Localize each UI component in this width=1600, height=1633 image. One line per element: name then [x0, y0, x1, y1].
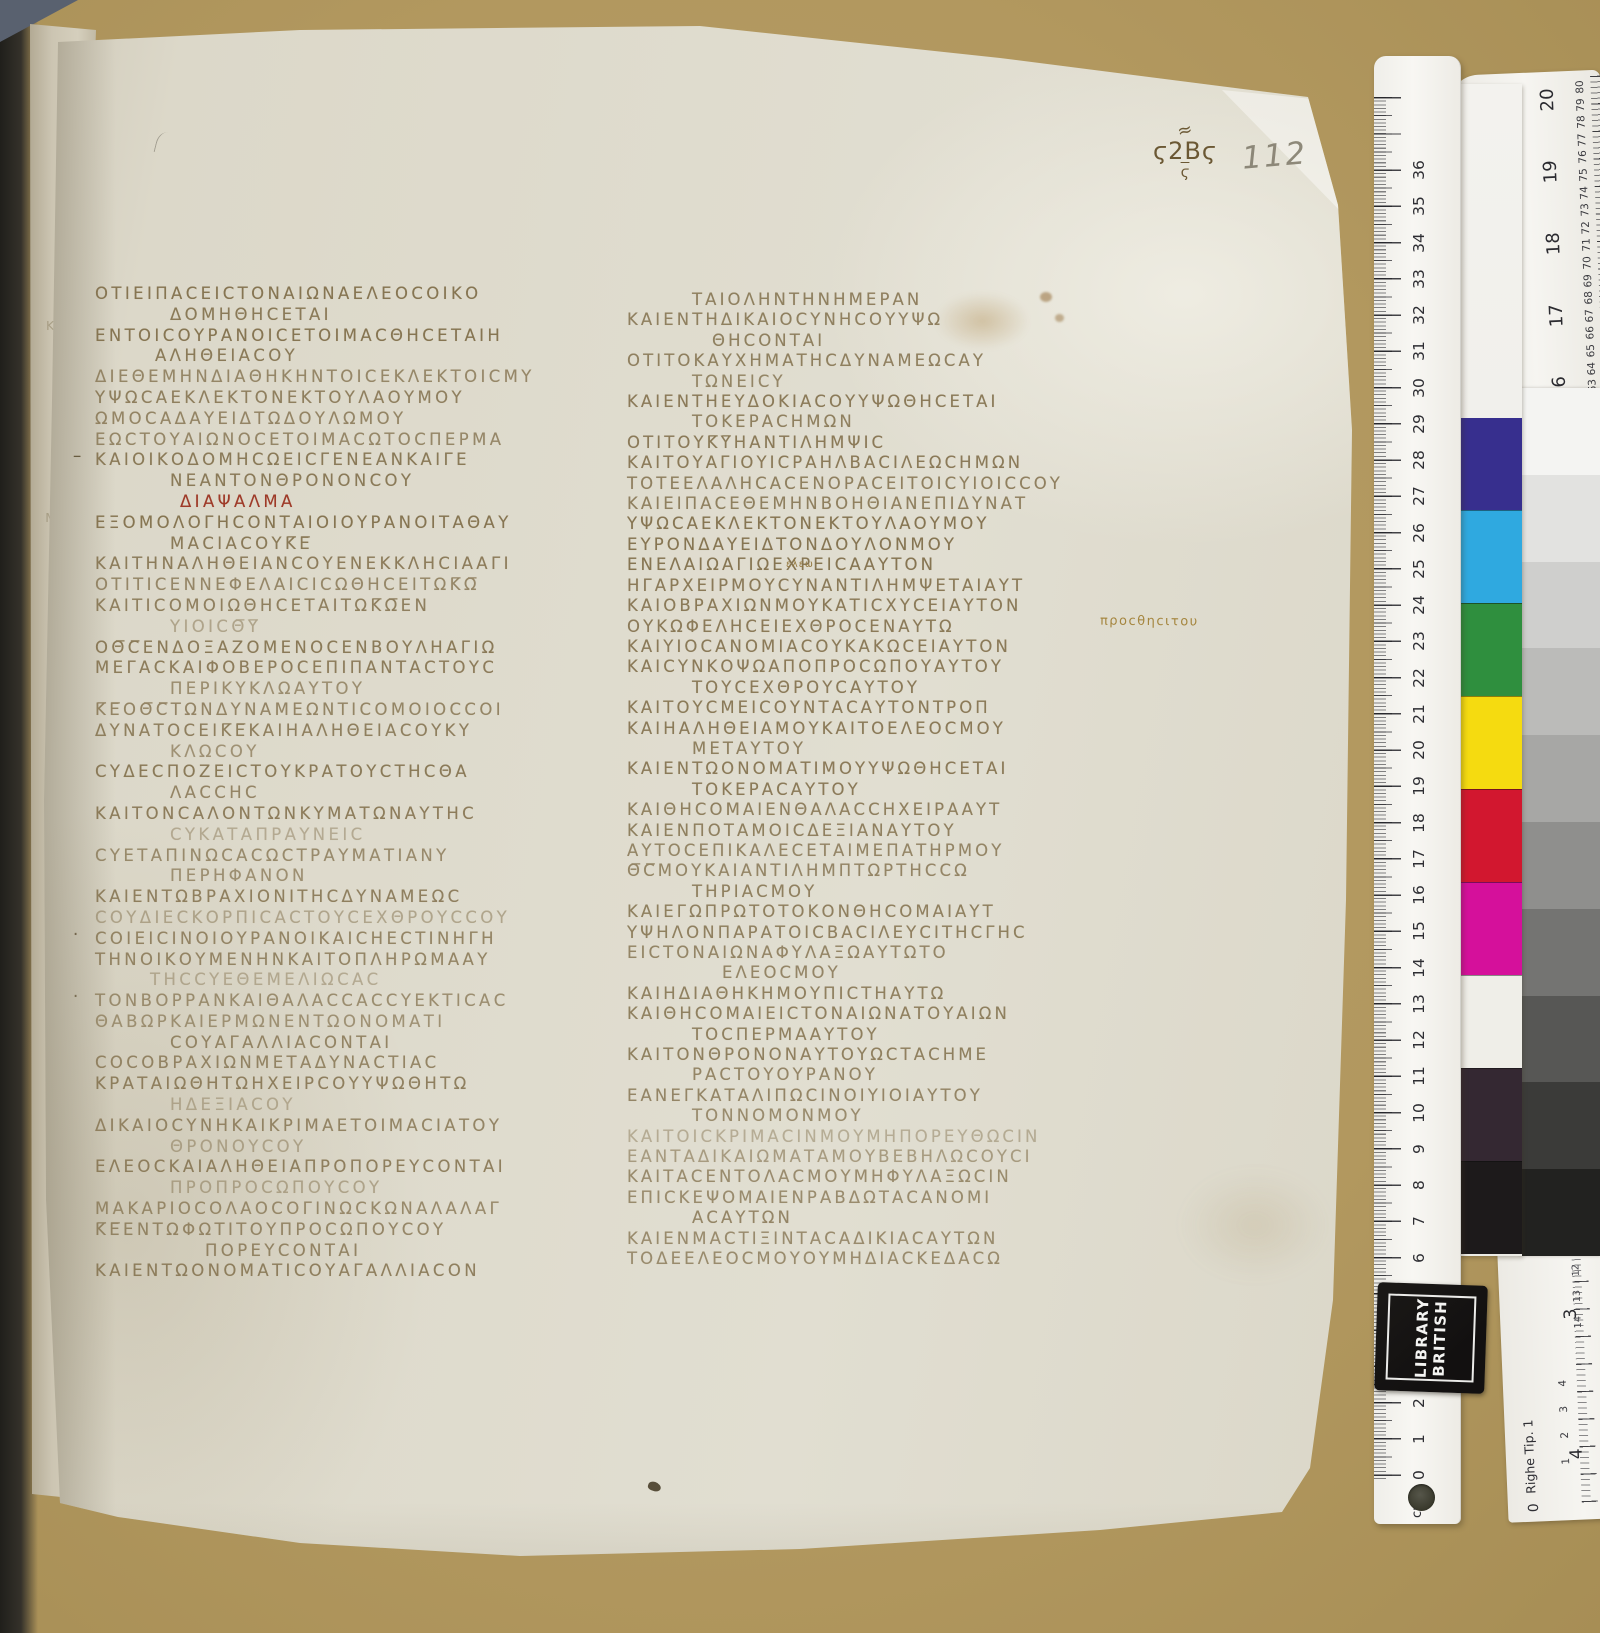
color-patch-cyan — [1456, 510, 1522, 603]
manuscript-line: ·ΤΟΝΒΟΡΡΑΝΚΑΙΘΑΛΑϹϹΑϹϹΥΕΚΤΙϹΑϹ — [95, 991, 535, 1012]
manuscript-line: ΚΑΙΤΟΥΑΓΙΟΥΙϹΡΑΗΛΒΑϹΙΛΕΩϹΗΜΩΝ — [627, 453, 1063, 473]
british-library-label: BRITISH LIBRARY — [1374, 1282, 1488, 1394]
manuscript-line: ·ϹΟΙΕΙϹΙΝΟΙΟΥΡΑΝΟΙΚΑΙϹΗΕϹΤΙΝΗΓΗ — [95, 929, 535, 950]
manuscript-line: ΔΙΕΘΕΜΗΝΔΙΑΘΗΚΗΝΤΟΙϹΕΚΛΕΚΤΟΙϹΜΥ — [95, 367, 535, 388]
ruler-half-number: 71 — [1578, 236, 1594, 255]
manuscript-line: ΚΑΙΤΟΙϹΚΡΙΜΑϹΙΝΜΟΥΜΗΠΟΡΕΥΘΩϹΙΝ — [627, 1127, 1063, 1147]
color-patches — [1456, 418, 1522, 1254]
ruler-half-number: 77 — [1574, 130, 1590, 149]
ruler-number: 9 — [1409, 1136, 1429, 1162]
ruler-half-number: 69 — [1580, 271, 1596, 290]
color-patch-yellow — [1456, 696, 1522, 789]
manuscript-line: ΚΑΙΤΙϹΟΜΟΙΩΘΗϹΕΤΑΙΤΩΚ̅Ω̅ΕΝ — [95, 596, 535, 617]
ruler-half-number: 65 — [1583, 341, 1599, 360]
ruler-number: 12 — [1409, 1027, 1429, 1053]
ruler-half-number: 72 — [1578, 218, 1594, 237]
manuscript-line: ΟΤΙΕΙΠΑϹΕΙϹΤΟΝΑΙΩΝΑΕΛΕΟϹΟΙΚΟ — [95, 284, 535, 305]
manuscript-line: –ΚΑΙΟΙΚΟΔΟΜΗϹΩΕΙϹΓΕΝΕΑΝΚΑΙΓΕ — [95, 450, 535, 471]
ruler-number: 17 — [1409, 846, 1429, 872]
manuscript-line: ΚΑΙΕΓΩΠΡΩΤΟΤΟΚΟΝΘΗϹΟΜΑΙΑΥΤ — [627, 902, 1063, 922]
manuscript-line: ΜΕΓΑϹΚΑΙΦΟΒΕΡΟϹΕΠΙΠΑΝΤΑϹΤΟΥϹ — [95, 658, 535, 679]
ruler-half-number: 12 — [1569, 1262, 1583, 1279]
manuscript-line: ΜΕΤΑΥΤΟΥ — [627, 739, 1063, 759]
interlinear-correction: ελεω — [786, 559, 814, 570]
manuscript-line: ΤΟΝΝΟΜΟΝΜΟΥ — [627, 1106, 1063, 1126]
ruler-half-number: 64 — [1583, 359, 1599, 378]
manuscript-line: ΟΤΙΤΟΥΚ̅Υ̅ΗΑΝΤΙΛΗΜΨΙϹ — [627, 433, 1063, 453]
manuscript-line: ΕΠΙϹΚΕΨΟΜΑΙΕΝΡΑΒΔΩΤΑϹΑΝΟΜΙ — [627, 1188, 1063, 1208]
grayscale-step-4 — [1521, 735, 1600, 822]
ruler-half-number: 70 — [1579, 254, 1595, 273]
manuscript-line: ΕΝΤΟΙϹΟΥΡΑΝΟΙϹΕΤΟΙΜΑϹΘΗϹΕΤΑΙΗ — [95, 326, 535, 347]
label-line: LIBRARY — [1412, 1297, 1433, 1378]
ruler-number: 21 — [1409, 701, 1429, 727]
manuscript-line: ΕΩϹΤΟΥΑΙΩΝΟϹΕΤΟΙΜΑϹΩΤΟϹΠΕΡΜΑ — [95, 430, 535, 451]
manuscript-line: Κ̅Ε̅ΟΘ̅Ϲ̅ΤΩΝΔΥΝΑΜΕΩΝΤΙϹΟΜΟΙΟϹϹΟΙ — [95, 700, 535, 721]
left-text-column: ΟΤΙΕΙΠΑϹΕΙϹΤΟΝΑΙΩΝΑΕΛΕΟϹΟΙΚΟΔΟΜΗΘΗϹΕΤΑΙΕ… — [95, 284, 535, 1282]
manuscript-line: ΝΕΑΝΤΟΝΘΡΟΝΟΝϹΟΥ — [95, 471, 535, 492]
manuscript-line: Κ̅Ε̅ΕΝΤΩΦΩΤΙΤΟΥΠΡΟϹΩΠΟΥϹΟΥ — [95, 1220, 535, 1241]
manuscript-line: ΚΑΙΗΑΛΗΘΕΙΑΜΟΥΚΑΙΤΟΕΛΕΟϹΜΟΥ — [627, 719, 1063, 739]
grayscale-step-5 — [1521, 822, 1600, 909]
manuscript-line: ΤΟΚΕΡΑϹΑΥΤΟΥ — [627, 780, 1063, 800]
ruler-half-number: 74 — [1576, 183, 1592, 202]
manuscript-photograph: ΚΛΔΕΘΝΗϹΩΩϹΕΩΑΤΟΥϹϹΟΥΟΥϹΩΜΟΥΛΓϹΟΜΗΝΝΑΠΩϹ… — [0, 0, 1600, 1633]
ruler-number: 16 — [1409, 882, 1429, 908]
manuscript-line: ϹΟΥΑΓΑΛΛΙΑϹΟΝΤΑΙ — [95, 1033, 535, 1054]
manuscript-line: ΥΙΟΙϹΘ̅Υ̅ — [95, 617, 535, 638]
manuscript-line: ΑϹΑΥΤΩΝ — [627, 1208, 1063, 1228]
label-line: BRITISH — [1430, 1298, 1451, 1379]
manuscript-line: ΔΙΑΨΑΛΜΑ — [95, 492, 535, 513]
manuscript-line: ΚΑΙΘΗϹΟΜΑΙΕΙϹΤΟΝΑΙΩΝΑΤΟΥΑΙΩΝ — [627, 1004, 1063, 1024]
parchment-stain — [1180, 1170, 1330, 1280]
folio-number: 112 — [1241, 135, 1309, 177]
ruler-number: 26 — [1409, 520, 1429, 546]
manuscript-line: ΔΙΚΑΙΟϹΥΝΗΚΑΙΚΡΙΜΑΕΤΟΙΜΑϹΙΑΤΟΥ — [95, 1116, 535, 1137]
ruler-number: 15 — [1409, 918, 1429, 944]
manuscript-line: ΕΑΝΕΓΚΑΤΑΛΙΠΩϹΙΝΟΙΥΙΟΙΑΥΤΟΥ — [627, 1086, 1063, 1106]
ruler-number: 19 — [1409, 773, 1429, 799]
ruler-number: 8 — [1409, 1172, 1429, 1198]
manuscript-line: ΠΕΡΙΚΥΚΛΩΑΥΤΟΥ — [95, 679, 535, 700]
manuscript-line: ΕΙϹΤΟΝΑΙΩΝΑΦΥΛΑΞΩΑΥΤΩΤΟ — [627, 943, 1063, 963]
manuscript-line: ΑΥΤΟϹΕΠΙΚΑΛΕϹΕΤΑΙΜΕΠΑΤΗΡΜΟΥ — [627, 841, 1063, 861]
grayscale-step-2 — [1521, 562, 1600, 649]
manuscript-line: ΟΘ̅Ϲ̅ΕΝΔΟΞΑΖΟΜΕΝΟϹΕΝΒΟΥΛΗΑΓΙΩ — [95, 638, 535, 659]
manuscript-line: ΘΑΒΩΡΚΑΙΕΡΜΩΝΕΝΤΩΟΝΟΜΑΤΙ — [95, 1012, 535, 1033]
manuscript-line: ΗΔΕΞΙΑϹΟΥ — [95, 1095, 535, 1116]
manuscript-line: ΤΟΤΕΕΛΑΛΗϹΑϹΕΝΟΡΑϹΕΙΤΟΙϹΥΙΟΙϹϹΟΥ — [627, 474, 1063, 494]
grayscale-step-0 — [1521, 388, 1600, 475]
manuscript-line: ΔΥΝΑΤΟϹΕΙΚ̅Ε̅ΚΑΙΗΑΛΗΘΕΙΑϹΟΥΚΥ — [95, 721, 535, 742]
manuscript-line: ϹΟϹΟΒΡΑΧΙΩΝΜΕΤΑΔΥΝΑϹΤΙΑϹ — [95, 1053, 535, 1074]
manuscript-line: ΘΗϹΟΝΤΑΙ — [627, 331, 1063, 351]
ruler-number: 28 — [1409, 447, 1429, 473]
ruler-number: 30 — [1409, 375, 1429, 401]
manuscript-line: ϹΥΚΑΤΑΠΡΑΥΝΕΙϹ — [95, 825, 535, 846]
manuscript-line: ΤΟϹΠΕΡΜΑΑΥΤΟΥ — [627, 1025, 1063, 1045]
manuscript-line: ΟΥΚΩΦΕΛΗϹΕΙΕΧΘΡΟϹΕΝΑΥΤΩ — [627, 617, 1063, 637]
manuscript-line: ΕΑΝΤΑΔΙΚΑΙΩΜΑΤΑΜΟΥΒΕΒΗΛΩϹΟΥϹΙ — [627, 1147, 1063, 1167]
ruler-half-number: 66 — [1582, 324, 1598, 343]
quire-flourish: ϛ — [1146, 164, 1224, 180]
color-patch-red — [1456, 789, 1522, 882]
ruler-number: 24 — [1409, 592, 1429, 618]
manuscript-line: ΤΩΝΕΙϹΥ — [627, 372, 1063, 392]
ruler-number: 13 — [1409, 991, 1429, 1017]
grayscale-step-6 — [1521, 909, 1600, 996]
manuscript-line: ΚΡΑΤΑΙΩΘΗΤΩΗΧΕΙΡϹΟΥΥΨΩΘΗΤΩ — [95, 1074, 535, 1095]
ruler-number: 32 — [1409, 302, 1429, 328]
manuscript-line: ΤΗΡΙΑϹΜΟΥ — [627, 882, 1063, 902]
manuscript-line: ΡΑϹΤΟΥΟΥΡΑΝΟΥ — [627, 1065, 1063, 1085]
manuscript-line: ΠΟΡΕΥϹΟΝΤΑΙ — [95, 1241, 535, 1262]
manuscript-line: ϹΥΔΕϹΠΟΖΕΙϹΤΟΥΚΡΑΤΟΥϹΤΗϹΘΑ — [95, 762, 535, 783]
ruler-number: 11 — [1409, 1063, 1429, 1089]
ruler-number: 31 — [1409, 338, 1429, 364]
manuscript-line: ΚΑΙΗΔΙΑΘΗΚΗΜΟΥΠΙϹΤΗΑΥΤΩ — [627, 984, 1063, 1004]
ruler-number: 36 — [1409, 157, 1429, 183]
grayscale-step-8 — [1521, 1082, 1600, 1169]
ruler-number: 34 — [1409, 230, 1429, 256]
right-text-column: ΤΑΙΟΛΗΝΤΗΝΗΜΕΡΑΝΚΑΙΕΝΤΗΔΙΚΑΙΟϹΥΝΗϹΟΥΥΨΩΘ… — [627, 290, 1063, 1270]
ruler-number: 18 — [1541, 229, 1566, 258]
ruler-half-number: 79 — [1572, 95, 1588, 114]
manuscript-line: ΚΑΙΘΗϹΟΜΑΙΕΝΘΑΛΑϹϹΗΧΕΙΡΑΑΥΤ — [627, 800, 1063, 820]
ruler-half-number: 80 — [1572, 78, 1588, 97]
ruler-half-number: 76 — [1575, 148, 1591, 167]
manuscript-line: ΚΑΙΕΝΤΩΒΡΑΧΙΟΝΙΤΗϹΔΥΝΑΜΕΩϹ — [95, 887, 535, 908]
quire-mark: ≈ ϛ2Βϛ ϛ — [1146, 124, 1224, 180]
manuscript-line: ΥΨΗΛΟΝΠΑΡΑΤΟΙϹΒΑϹΙΛΕΥϹΙΤΗϹΓΗϹ — [627, 923, 1063, 943]
manuscript-line: ΤΟΔΕΕΛΕΟϹΜΟΥΟΥΜΗΔΙΑϹΚΕΔΑϹΩ — [627, 1249, 1063, 1269]
manuscript-line: ΚΛΩϹΟΥ — [95, 742, 535, 763]
manuscript-line: ΚΑΙΥΙΟϹΑΝΟΜΙΑϹΟΥΚΑΚΩϹΕΙΑΥΤΟΝ — [627, 637, 1063, 657]
margin-marker: – — [73, 446, 81, 467]
manuscript-line: ΕΛΕΟϹΜΟΥ — [627, 963, 1063, 983]
ruler-type-label: Righe Tip. 1 — [1518, 1374, 1538, 1495]
ruler-half-number: 73 — [1577, 201, 1593, 220]
ruler-number: 33 — [1409, 266, 1429, 292]
manuscript-line: ΩΜΟϹΑΔΑΥΕΙΔΤΩΔΟΥΛΩΜΟΥ — [95, 409, 535, 430]
manuscript-line: ΟΤΙΤΟΚΑΥΧΗΜΑΤΗϹΔΥΝΑΜΕΩϹΑΥ — [627, 351, 1063, 371]
color-calibration-card — [1456, 84, 1522, 1256]
ruler-number: 6 — [1409, 1245, 1429, 1271]
manuscript-line: ΚΑΙΤΟΥϹΜΕΙϹΟΥΝΤΑϹΑΥΤΟΝΤΡΟΠ — [627, 698, 1063, 718]
manuscript-line: ΚΑΙΕΝΤΩΟΝΟΜΑΤΙϹΟΥΑΓΑΛΛΙΑϹΟΝ — [95, 1261, 535, 1282]
ruler-digit: 3 — [1557, 1401, 1572, 1418]
grayscale-strip — [1521, 388, 1600, 1256]
grayscale-step-1 — [1521, 475, 1600, 562]
ruler-number: 27 — [1409, 483, 1429, 509]
manuscript-line: ΠΡΟΠΡΟϹΩΠΟΥϹΟΥ — [95, 1178, 535, 1199]
manuscript-line: ΤΟΥϹΕΧΘΡΟΥϹΑΥΤΟΥ — [627, 678, 1063, 698]
ruler-hole — [1408, 1484, 1435, 1511]
ruler-number: 29 — [1409, 411, 1429, 437]
ruler-number: 1 — [1409, 1426, 1429, 1452]
manuscript-line: ϹΟΥΔΙΕϹΚΟΡΠΙϹΑϹΤΟΥϹΕΧΘΡΟΥϹϹΟΥ — [95, 908, 535, 929]
back-ruler-numbers: 2019181716 — [1448, 70, 1600, 76]
manuscript-line: ΤΑΙΟΛΗΝΤΗΝΗΜΕΡΑΝ — [627, 290, 1063, 310]
pencil-mark — [154, 131, 174, 156]
label-text: BRITISH LIBRARY — [1412, 1297, 1451, 1379]
margin-marker: · — [73, 987, 78, 1008]
manuscript-line: ΚΑΙΕΝΤΗΔΙΚΑΙΟϹΥΝΗϹΟΥΥΨΩ — [627, 310, 1063, 330]
ruler-number: 35 — [1409, 193, 1429, 219]
ruler-half-number: 68 — [1581, 289, 1597, 308]
manuscript-line: ΚΑΙϹΥΝΚΟΨΩΑΠΟΠΡΟϹΩΠΟΥΑΥΤΟΥ — [627, 657, 1063, 677]
grayscale-step-3 — [1521, 648, 1600, 735]
ruler-number: 20 — [1409, 737, 1429, 763]
color-patch-green — [1456, 603, 1522, 696]
margin-marker: · — [73, 925, 78, 946]
manuscript-line: ΤΗϹϹΥΕΘΕΜΕΛΙΩϹΑϹ — [95, 970, 535, 991]
manuscript-line: ΛΑϹϹΗϹ — [95, 783, 535, 804]
ruler-digit: 2 — [1558, 1427, 1573, 1444]
manuscript-line: ΚΑΙΕΝΠΟΤΑΜΟΙϹΔΕΞΙΑΝΑΥΤΟΥ — [627, 821, 1063, 841]
color-patch-black — [1456, 1161, 1522, 1254]
manuscript-line: ΚΑΙΤΟΝΘΡΟΝΟΝΑΥΤΟΥΩϹΤΑϹΗΜΕ — [627, 1045, 1063, 1065]
ruler-number: 3 — [1560, 1303, 1581, 1326]
color-patch-dark-plum — [1456, 1068, 1522, 1161]
manuscript-line: ΑΛΗΘΕΙΑϹΟΥ — [95, 346, 535, 367]
manuscript-line: ΟΤΙΤΙϹΕΝΝΕΦΕΛΑΙϹΙϹΩΘΗϹΕΙΤΩΚ̅Ω̅ — [95, 575, 535, 596]
manuscript-page: ≈ ϛ2Βϛ ϛ 112 ΟΤΙΕΙΠΑϹΕΙϹΤΟΝΑΙΩΝΑΕΛΕΟϹΟΙΚ… — [0, 0, 1600, 1633]
label-frame: BRITISH LIBRARY — [1386, 1293, 1477, 1382]
manuscript-line: ΚΑΙΤΗΝΑΛΗΘΕΙΑΝϹΟΥΕΝΕΚΚΛΗϹΙΑΑΓΙ — [95, 554, 535, 575]
manuscript-line: ΕΥΡΟΝΔΑΥΕΙΔΤΟΝΔΟΥΛΟΝΜΟΥ — [627, 535, 1063, 555]
manuscript-line: ΚΑΙΕΝΜΑϹΤΙΞΙΝΤΑϹΑΔΙΚΙΑϹΑΥΤΩΝ — [627, 1229, 1063, 1249]
manuscript-line: ΕΝΕΛΑΙΩΑΓΙΩΕΧΡΕΙϹΑΑΥΤΟΝ — [627, 555, 1063, 575]
manuscript-line: ΕΞΟΜΟΛΟΓΗϹΟΝΤΑΙΟΙΟΥΡΑΝΟΙΤΑΘΑΥ — [95, 513, 535, 534]
manuscript-line: ΤΟΚΕΡΑϹΗΜΩΝ — [627, 412, 1063, 432]
cm-ruler-ticks — [1374, 97, 1404, 1479]
grayscale-step-7 — [1521, 996, 1600, 1083]
manuscript-line: ϹΥΕΤΑΠΙΝΩϹΑϹΩϹΤΡΑΥΜΑΤΙΑΝΥ — [95, 846, 535, 867]
manuscript-line: Θ̅Ϲ̅ΜΟΥΚΑΙΑΝΤΙΛΗΜΠΤΩΡΤΗϹϹΩ — [627, 861, 1063, 881]
ruler-number: 14 — [1409, 955, 1429, 981]
color-patch-blue-violet — [1456, 418, 1522, 510]
ruler-number: 19 — [1538, 157, 1563, 186]
ruler-half-number: 67 — [1581, 306, 1597, 325]
ruler-digit: 4 — [1556, 1375, 1571, 1392]
ruler-digit: 1 — [1559, 1453, 1574, 1470]
manuscript-line: ΜΑΚΑΡΙΟϹΟΛΑΟϹΟΓΙΝΩϹΚΩΝΑΛΑΛΑΓ — [95, 1199, 535, 1220]
color-patch-magenta — [1456, 882, 1522, 975]
manuscript-line: ΥΨΩϹΑΕΚΛΕΚΤΟΝΕΚΤΟΥΛΑΟΥΜΟΥ — [627, 514, 1063, 534]
manuscript-line: ΔΟΜΗΘΗϹΕΤΑΙ — [95, 305, 535, 326]
manuscript-line: ΠΕΡΗΦΑΝΟΝ — [95, 866, 535, 887]
manuscript-line: ΥΨΩϹΑΕΚΛΕΚΤΟΝΕΚΤΟΥΛΑΟΥΜΟΥ — [95, 388, 535, 409]
manuscript-line: ΚΑΙΟΒΡΑΧΙΩΝΜΟΥΚΑΤΙϹΧΥϹΕΙΑΥΤΟΝ — [627, 596, 1063, 616]
ruler-number: 25 — [1409, 556, 1429, 582]
ruler-number: 20 — [1535, 85, 1560, 114]
margin-correction-note: προϲθηϲιτου — [1100, 614, 1199, 630]
ruler-number: 18 — [1409, 810, 1429, 836]
ruler-half-number: 78 — [1573, 113, 1589, 132]
ruler-number: 10 — [1409, 1100, 1429, 1126]
ruler-number: 22 — [1409, 665, 1429, 691]
manuscript-line: ΚΑΙΕΝΤΩΟΝΟΜΑΤΙΜΟΥΥΨΩΘΗϹΕΤΑΙ — [627, 759, 1063, 779]
ruler-number: 7 — [1409, 1208, 1429, 1234]
manuscript-line: ΕΛΕΟϹΚΑΙΑΛΗΘΕΙΑΠΡΟΠΟΡΕΥϹΟΝΤΑΙ — [95, 1157, 535, 1178]
manuscript-line: ΚΑΙΕΝΤΗΕΥΔΟΚΙΑϹΟΥΥΨΩΘΗϹΕΤΑΙ — [627, 392, 1063, 412]
ruler-number: 17 — [1544, 301, 1569, 330]
back-ruler-zero: 0 — [1524, 1497, 1545, 1518]
manuscript-line: ΤΗΝΟΙΚΟΥΜΕΝΗΝΚΑΙΤΟΠΛΗΡΩΜΑΑΥ — [95, 950, 535, 971]
manuscript-line: ΚΑΙΕΙΠΑϹΕΘΕΜΗΝΒΟΗΘΙΑΝΕΠΙΔΥΝΑΤ — [627, 494, 1063, 514]
manuscript-line: ΚΑΙΤΟΝϹΑΛΟΝΤΩΝΚΥΜΑΤΩΝΑΥΤΗϹ — [95, 804, 535, 825]
manuscript-line: ΗΓΑΡΧΕΙΡΜΟΥϹΥΝΑΝΤΙΛΗΜΨΕΤΑΙΑΥΤ — [627, 576, 1063, 596]
color-patch-white — [1456, 975, 1522, 1068]
ruler-half-number: 75 — [1575, 166, 1591, 185]
grayscale-step-9 — [1521, 1169, 1600, 1256]
ruler-number: 2 — [1409, 1390, 1429, 1416]
back-ruler-bottom-numbers: 121314344321 — [1448, 70, 1600, 76]
ruler-number: 23 — [1409, 628, 1429, 654]
ink-speck — [647, 1480, 662, 1493]
manuscript-line: ΘΡΟΝΟΥϹΟΥ — [95, 1137, 535, 1158]
manuscript-line: ΚΑΙΤΑϹΕΝΤΟΛΑϹΜΟΥΜΗΦΥΛΑΞΩϹΙΝ — [627, 1167, 1063, 1187]
back-ruler-half-numbers: 807978777675747372717069686766656463 — [1448, 70, 1600, 76]
manuscript-line: ΜΑϹΙΑϹΟΥΚ̅Ε̅ — [95, 534, 535, 555]
